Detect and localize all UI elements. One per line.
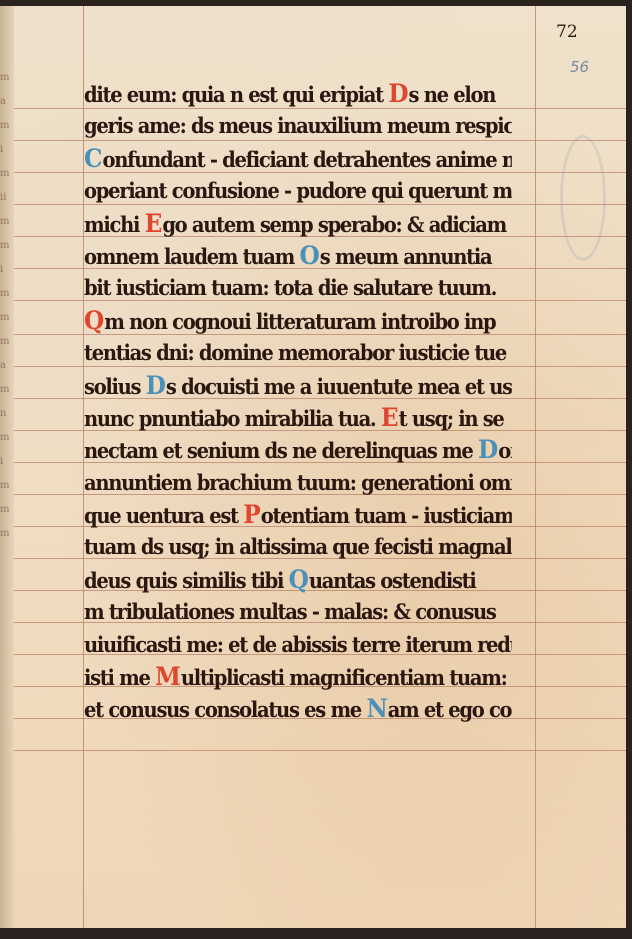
text-line: solius Ds docuisti me a iuuentute mea et… [84,370,512,402]
decorated-initial: O [300,241,320,270]
text-line: tuam ds usq; in altissima que fecisti ma… [84,531,512,563]
text-segment: s docuisti me a iuuentute mea et usq; [166,374,512,399]
decorated-initial: D [478,435,498,464]
text-segment: s meum annuntia [320,244,492,269]
text-line: que uentura est Potentiam tuam ‑ iustici… [84,499,512,531]
text-line: dite eum: quia n est qui eripiat Ds ne e… [84,78,512,110]
folio-number: 72 [556,22,578,42]
decorated-initial: D [388,79,408,108]
text-segment: annuntiem brachium tuum: generationi omi [84,470,512,495]
text-line: tentias dni: domine memorabor iusticie t… [84,337,512,369]
decorated-initial: C [84,144,103,173]
text-segment: et conusus consolatus es me [84,697,366,722]
text-segment: geris ame: ds meus inauxilium meum respi… [84,113,512,138]
facing-page-text-edge: mamimiimmimmmamnmimmm [0,66,12,546]
text-segment: onfundant ‑ deficiant detrahentes anime … [103,147,512,172]
text-line: Qm non cognoui litteraturam introibo inp [84,305,512,337]
text-segment: otentiam tuam ‑ iusticiam [261,503,512,528]
text-segment: uiuificasti me: et de abissis terre iter… [84,632,512,657]
text-segment: isti me [84,665,155,690]
pencil-folio-number: 56 [570,58,589,76]
text-line: nectam et senium ds ne derelinquas me Do… [84,434,512,466]
text-line: operiant confusione ‑ pudore qui querunt… [84,175,512,207]
ruling-line [14,750,626,751]
text-segment: am et ego con [388,697,512,722]
text-line: et conusus consolatus es me Nam et ego c… [84,693,512,725]
text-segment: nectam et senium ds ne derelinquas me [84,438,478,463]
text-line: geris ame: ds meus inauxilium meum respi… [84,110,512,142]
text-line: omnem laudem tuam Os meum annuntia [84,240,512,272]
psalm-text-block: dite eum: quia n est qui eripiat Ds ne e… [84,78,544,726]
decorated-initial: N [366,694,387,723]
binding-gutter: mamimiimmimmmamnmimmm [0,6,14,928]
text-segment: bit iusticiam tuam: tota die salutare tu… [84,275,496,300]
text-line: Confundant ‑ deficiant detrahentes anime… [84,143,512,175]
text-segment: ultiplicasti magnificentiam tuam: [181,665,507,690]
text-segment: solius [84,374,146,399]
text-segment: s ne elon [409,82,496,107]
decorated-initial: Q [84,306,104,335]
text-segment: m tribulationes multas ‑ malas: & conusu… [84,599,496,624]
text-segment: tentias dni: domine memorabor iusticie t… [84,340,506,365]
text-segment: go autem semp sperabo: & adiciam sup [162,212,511,237]
decorated-initial: M [155,662,181,691]
text-line: michi Ego autem semp sperabo: & adiciam … [84,208,512,240]
text-segment: omnem laudem tuam [84,244,300,269]
text-segment: onec [498,438,512,463]
decorated-initial: D [146,371,166,400]
text-segment: uantas ostendisti [309,568,476,593]
text-line: isti me Multiplicasti magnificentiam tua… [84,661,512,693]
text-line: annuntiem brachium tuum: generationi omi [84,467,512,499]
text-line: deus quis similis tibi Quantas ostendist… [84,564,512,596]
book-edge-shadow-bottom [0,928,632,939]
watermark-stain [560,135,606,261]
text-segment: tuam ds usq; in altissima que fecisti ma… [84,534,512,559]
text-segment: m non cognoui litteraturam introibo inp [104,309,495,334]
decorated-initial: P [243,500,260,529]
text-line: uiuificasti me: et de abissis terre iter… [84,629,512,661]
text-segment: operiant confusione ‑ pudore qui querunt… [84,178,512,203]
text-segment: que uentura est [84,503,243,528]
text-line: bit iusticiam tuam: tota die salutare tu… [84,272,512,304]
decorated-initial: E [381,403,399,432]
book-edge-shadow-right [626,0,632,939]
text-segment: michi [84,212,145,237]
decorated-initial: E [145,209,163,238]
text-segment: t usq; in se [399,406,504,431]
text-line: nunc pnuntiabo mirabilia tua. Et usq; in… [84,402,512,434]
text-line: m tribulationes multas ‑ malas: & conusu… [84,596,512,628]
text-segment: nunc pnuntiabo mirabilia tua. [84,406,381,431]
text-segment: deus quis similis tibi [84,568,289,593]
text-segment: dite eum: quia n est qui eripiat [84,82,388,107]
decorated-initial: Q [289,565,309,594]
